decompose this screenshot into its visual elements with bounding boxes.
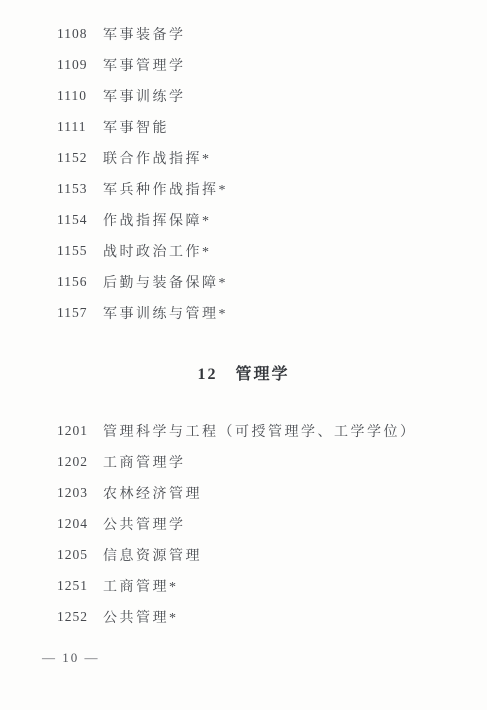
list-item: 1108 军事装备学 bbox=[0, 18, 487, 49]
discipline-code: 1205 bbox=[57, 547, 103, 563]
list-item: 1154 作战指挥保障* bbox=[0, 204, 487, 235]
list-item: 1157 军事训练与管理* bbox=[0, 297, 487, 328]
list-item: 1203 农林经济管理 bbox=[0, 477, 487, 508]
list-item: 1252 公共管理* bbox=[0, 601, 487, 632]
discipline-code: 1153 bbox=[57, 181, 103, 197]
list-item: 1205 信息资源管理 bbox=[0, 539, 487, 570]
discipline-name: 公共管理* bbox=[103, 607, 179, 627]
discipline-code: 1109 bbox=[57, 57, 103, 73]
discipline-name: 管理科学与工程（可授管理学、工学学位） bbox=[103, 421, 417, 441]
discipline-name: 联合作战指挥* bbox=[103, 148, 212, 168]
discipline-name: 军事训练学 bbox=[103, 86, 186, 106]
list-item: 1251 工商管理* bbox=[0, 570, 487, 601]
document-page: 1108 军事装备学 1109 军事管理学 1110 军事训练学 1111 军事… bbox=[0, 0, 487, 710]
list-item: 1202 工商管理学 bbox=[0, 446, 487, 477]
list-item: 1110 军事训练学 bbox=[0, 80, 487, 111]
discipline-name: 军兵种作战指挥* bbox=[103, 179, 228, 199]
discipline-name: 军事训练与管理* bbox=[103, 303, 228, 323]
discipline-name: 后勤与装备保障* bbox=[103, 272, 228, 292]
list-item: 1109 军事管理学 bbox=[0, 49, 487, 80]
discipline-code: 1201 bbox=[57, 423, 103, 439]
page-number: — 10 — bbox=[42, 650, 100, 666]
discipline-code: 1155 bbox=[57, 243, 103, 259]
discipline-name: 军事智能 bbox=[103, 117, 169, 137]
discipline-code: 1111 bbox=[57, 119, 103, 135]
discipline-name: 战时政治工作* bbox=[103, 241, 212, 261]
list-item: 1155 战时政治工作* bbox=[0, 235, 487, 266]
list-item: 1152 联合作战指挥* bbox=[0, 142, 487, 173]
discipline-code: 1157 bbox=[57, 305, 103, 321]
list-item: 1156 后勤与装备保障* bbox=[0, 266, 487, 297]
discipline-code: 1252 bbox=[57, 609, 103, 625]
list-item: 1201 管理科学与工程（可授管理学、工学学位） bbox=[0, 415, 487, 446]
discipline-code: 1202 bbox=[57, 454, 103, 470]
list-item: 1204 公共管理学 bbox=[0, 508, 487, 539]
discipline-code: 1204 bbox=[57, 516, 103, 532]
discipline-name: 公共管理学 bbox=[103, 514, 186, 534]
discipline-code: 1108 bbox=[57, 26, 103, 42]
military-discipline-list: 1108 军事装备学 1109 军事管理学 1110 军事训练学 1111 军事… bbox=[0, 18, 487, 328]
discipline-name: 信息资源管理 bbox=[103, 545, 202, 565]
discipline-code: 1156 bbox=[57, 274, 103, 290]
discipline-code: 1110 bbox=[57, 88, 103, 104]
discipline-code: 1154 bbox=[57, 212, 103, 228]
list-item: 1153 军兵种作战指挥* bbox=[0, 173, 487, 204]
management-discipline-list: 1201 管理科学与工程（可授管理学、工学学位） 1202 工商管理学 1203… bbox=[0, 415, 487, 632]
list-item: 1111 军事智能 bbox=[0, 111, 487, 142]
discipline-name: 作战指挥保障* bbox=[103, 210, 212, 230]
discipline-name: 军事装备学 bbox=[103, 24, 186, 44]
discipline-name: 农林经济管理 bbox=[103, 483, 202, 503]
section-heading-management: 12 管理学 bbox=[0, 361, 487, 384]
discipline-name: 工商管理学 bbox=[103, 452, 186, 472]
discipline-code: 1203 bbox=[57, 485, 103, 501]
discipline-name: 军事管理学 bbox=[103, 55, 186, 75]
discipline-name: 工商管理* bbox=[103, 576, 179, 596]
discipline-code: 1251 bbox=[57, 578, 103, 594]
discipline-code: 1152 bbox=[57, 150, 103, 166]
